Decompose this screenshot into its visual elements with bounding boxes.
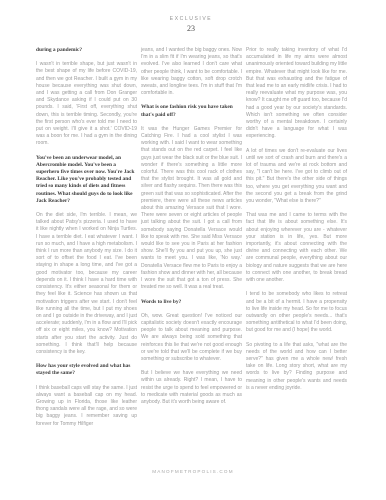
interview-answer: jeans, and I wanted the big baggy ones. … xyxy=(141,47,242,97)
page-footer: MANOFMETROPOLIS.COM xyxy=(0,460,386,478)
magazine-page: EXCLUSIVE 23 during a pandemic? I wasn't… xyxy=(0,0,386,500)
exclusive-kicker: EXCLUSIVE xyxy=(36,16,346,22)
interview-answer: A lot of times we don't re-evaluate our … xyxy=(246,148,347,206)
interview-answer: Prior to really taking inventory of what… xyxy=(246,47,347,141)
interview-answer: That was me and I came to terms with the… xyxy=(246,212,347,284)
interview-question: How has your style evolved and what has … xyxy=(36,363,137,377)
page-header: EXCLUSIVE 23 xyxy=(36,16,346,33)
article-columns: during a pandemic? I wasn't in terrible … xyxy=(36,47,346,435)
interview-answer: On the diet side, I'm terrible. I mean, … xyxy=(36,212,137,356)
interview-answer: I tend to be somebody who likes to retre… xyxy=(246,291,347,334)
page-number: 23 xyxy=(36,24,346,33)
interview-question: during a pandemic? xyxy=(36,47,137,54)
interview-answer: So pivoting to a life that asks, "what a… xyxy=(246,342,347,392)
article-column-1: during a pandemic? I wasn't in terrible … xyxy=(36,47,137,435)
interview-answer: Oh, wow. Great question! I've noticed ou… xyxy=(141,313,242,363)
site-url: MANOFMETROPOLIS.COM xyxy=(152,469,234,474)
article-column-2: jeans, and I wanted the big baggy ones. … xyxy=(141,47,242,435)
interview-answer: It was the Hunger Games Premier for Catc… xyxy=(141,126,242,292)
interview-question: What is one fashion risk you have taken … xyxy=(141,104,242,118)
interview-answer: I think baseball caps will stay the same… xyxy=(36,385,137,428)
interview-answer: I wasn't in terrible shape, but just was… xyxy=(36,61,137,147)
interview-answer: But I believe we have everything we need… xyxy=(141,370,242,406)
article-column-3: Prior to really taking inventory of what… xyxy=(246,47,347,435)
interview-question: Words to live by? xyxy=(141,299,242,306)
interview-question: You've been an underwear model, an Aberc… xyxy=(36,155,137,205)
